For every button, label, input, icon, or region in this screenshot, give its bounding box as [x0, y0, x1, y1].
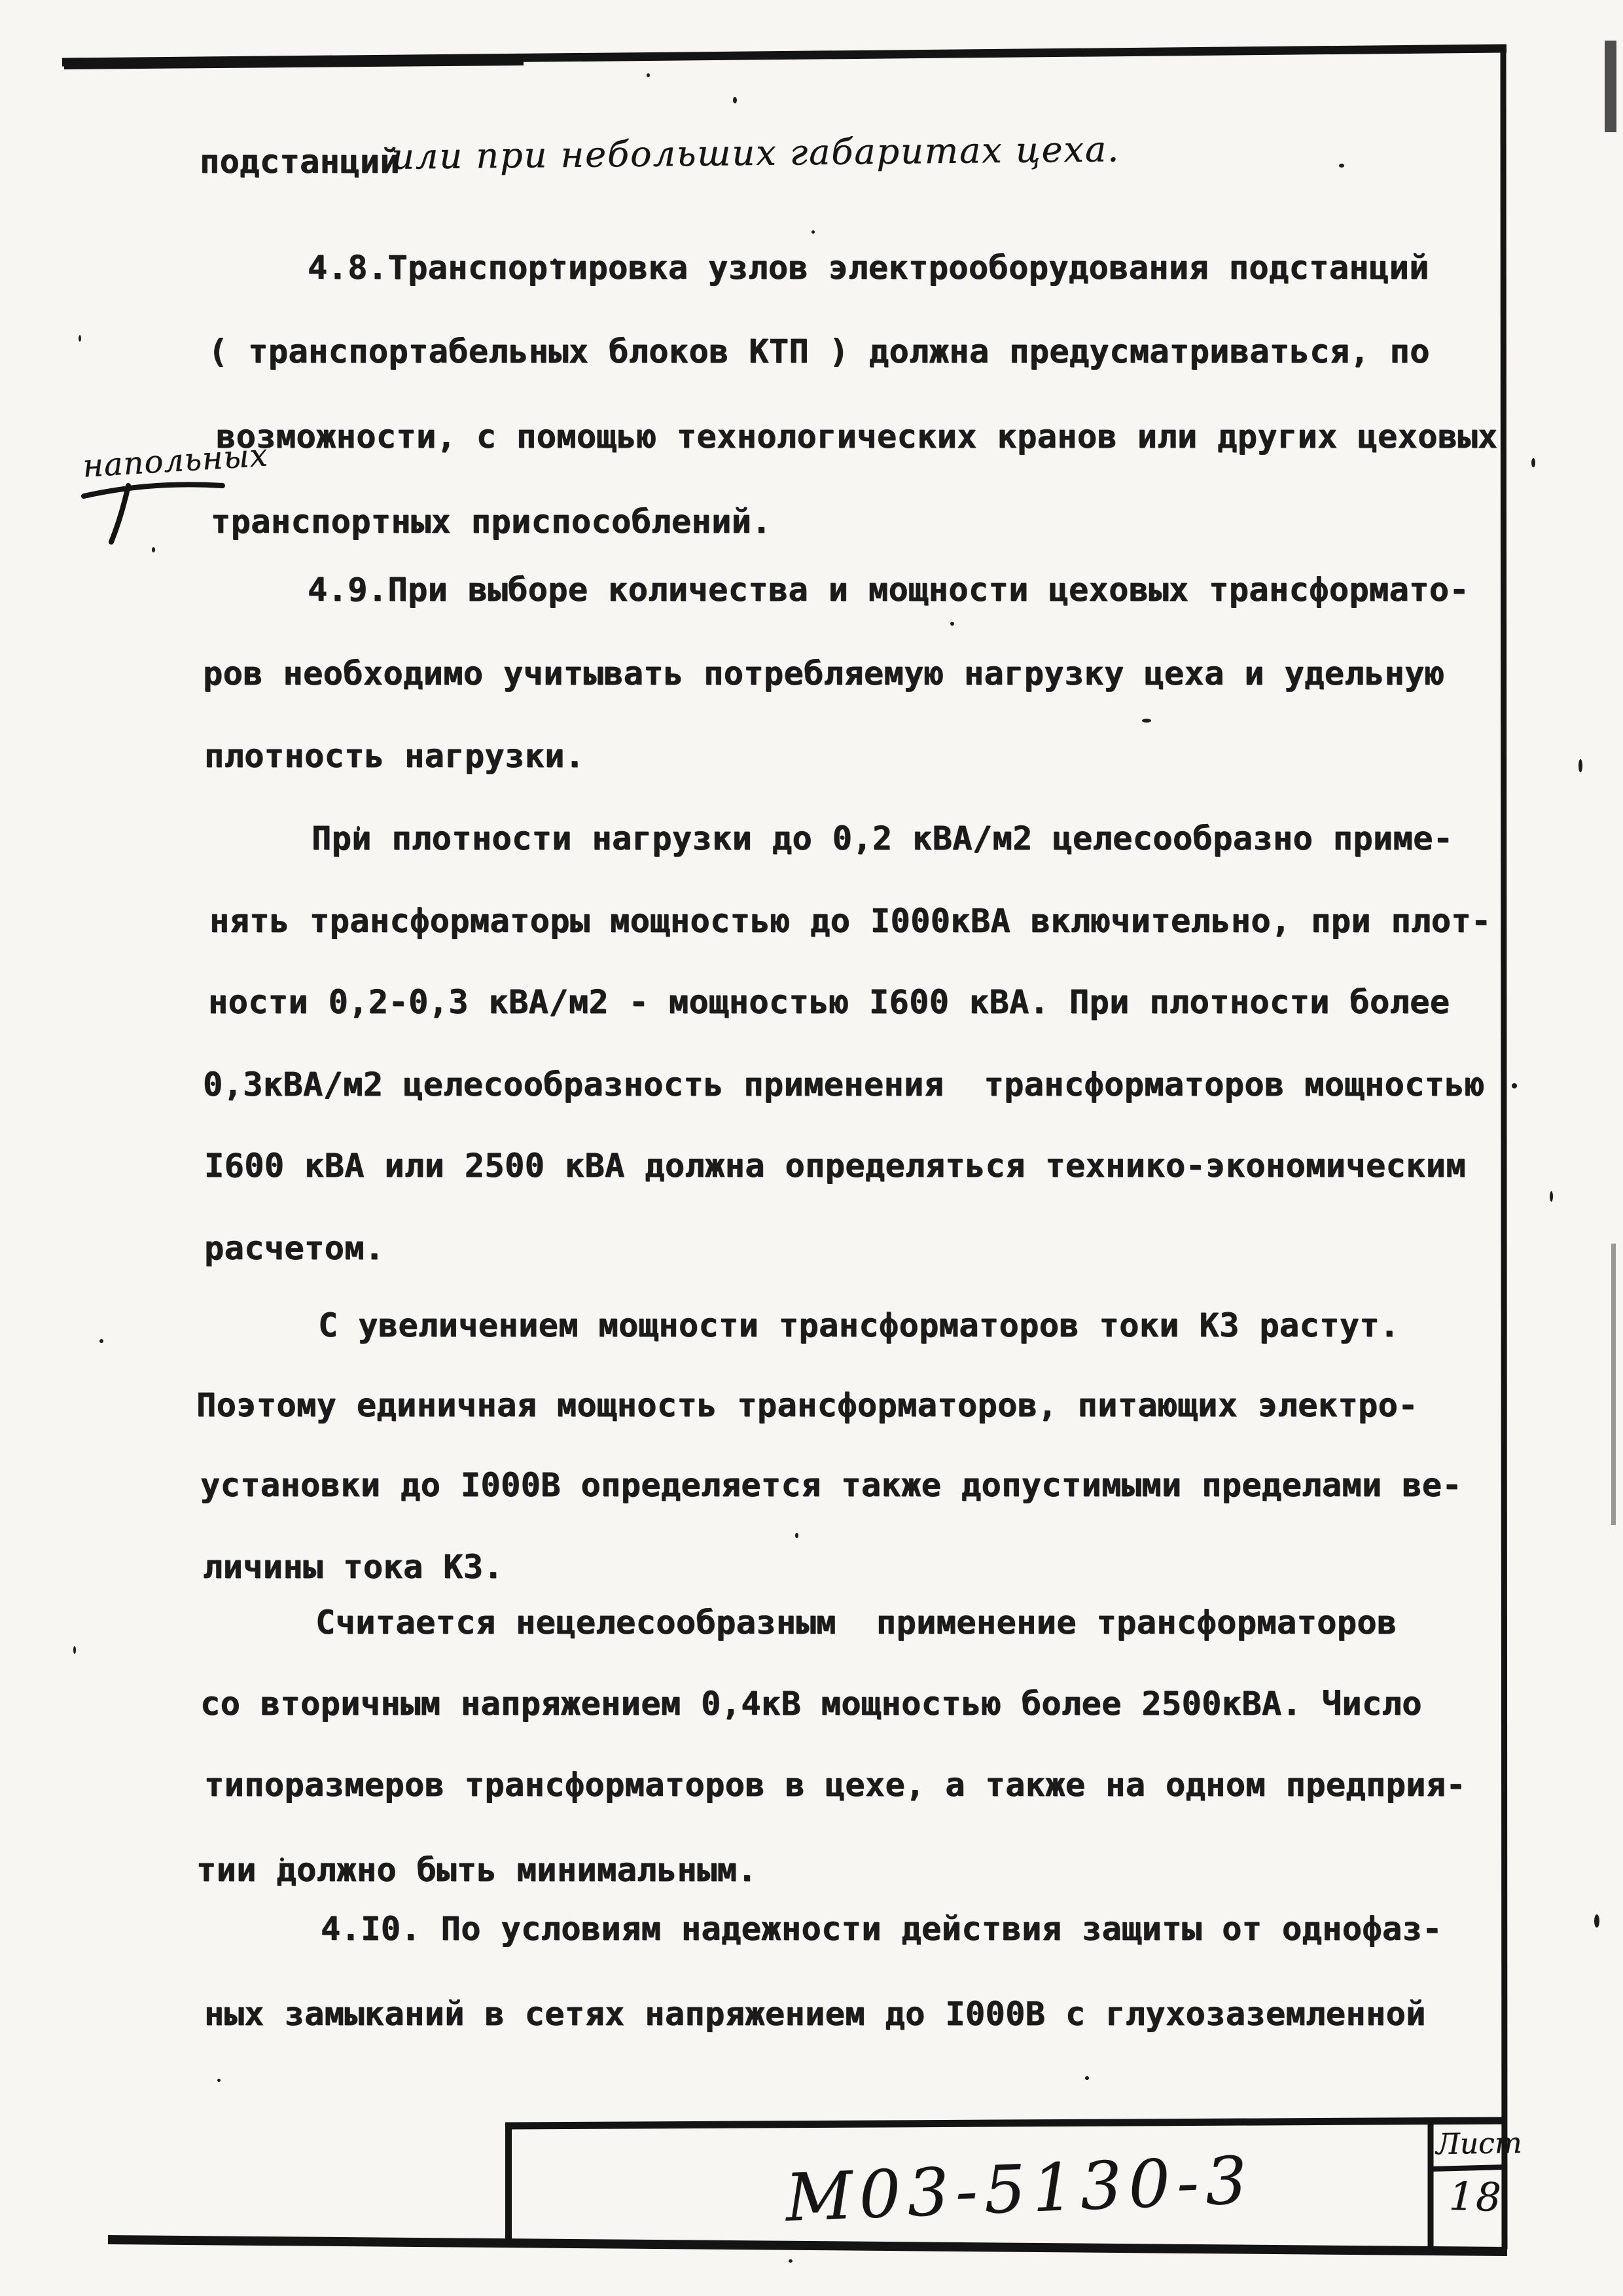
sheet-number: 18	[1448, 2174, 1503, 2221]
typed-line-6: 4.9.При выборе количества и мощности цех…	[308, 571, 1469, 609]
typed-line-10: нять трансформаторы мощностью до I000кВА…	[209, 902, 1491, 940]
scan-speckle	[217, 2079, 221, 2082]
typed-line-2: 4.8.Транспортировка узлов электрооборудо…	[308, 249, 1429, 287]
typed-line-20: со вторичным напряжением 0,4кВ мощностью…	[200, 1685, 1422, 1723]
typed-line-3: ( транспортабельных блоков КТП ) должна …	[208, 332, 1430, 370]
scan-speckle	[99, 1339, 103, 1343]
scan-speckle	[280, 1857, 284, 1861]
scan-speckle	[647, 73, 650, 77]
typed-line-22: тии должно быть минимальным.	[196, 1851, 757, 1889]
typed-line-19: Считается нецелесообразным применение тр…	[315, 1604, 1397, 1641]
typed-line-1: подстанций	[200, 143, 400, 181]
scanned-document-page: подстанций 4.8.Транспортировка узлов эле…	[0, 0, 1623, 2296]
scan-speckle	[789, 2259, 793, 2263]
typed-line-9: При плотности нагрузки до 0,2 кВА/м2 цел…	[312, 819, 1453, 857]
typed-line-4: возможности, с помощью технологических к…	[216, 418, 1498, 456]
scan-speckle	[553, 259, 557, 264]
scan-edge-smudge	[1611, 1244, 1616, 1525]
typed-line-13: I600 кВА или 2500 кВА должна определятьс…	[204, 1147, 1466, 1185]
title-block-document-code: М03-5130-3	[784, 2142, 1255, 2236]
typed-line-23: 4.I0. По условиям надежности действия за…	[321, 1910, 1442, 1948]
scan-speckle	[357, 826, 360, 831]
scan-speckle	[1085, 2076, 1089, 2080]
handwritten-top-note: или при небольших габаритах цеха.	[391, 128, 1120, 177]
scan-speckle	[950, 622, 954, 626]
top-border-line-2	[64, 63, 524, 67]
scan-speckle	[811, 230, 815, 234]
scan-edge-smudge	[1605, 41, 1616, 132]
scan-speckle	[152, 547, 155, 552]
scan-speckle	[79, 335, 81, 342]
scan-speckle	[73, 1646, 76, 1654]
insertion-mark	[84, 484, 223, 496]
title-block-top-line	[505, 2121, 1505, 2126]
typed-line-24: ных замыканий в сетях напряжением до I00…	[204, 1995, 1426, 2033]
typed-line-7: ров необходимо учитывать потребляемую на…	[203, 655, 1444, 692]
typed-line-16: Поэтому единичная мощность трансформатор…	[196, 1386, 1418, 1424]
typed-line-17: установки до I000В определяется также до…	[200, 1466, 1462, 1504]
scan-speckle	[1512, 1083, 1517, 1088]
typed-line-11: ности 0,2-0,3 кВА/м2 - мощностью I600 кВ…	[208, 983, 1450, 1021]
scan-speckle	[795, 1533, 798, 1538]
typed-line-12: 0,3кВА/м2 целесообразность применения тр…	[203, 1066, 1485, 1103]
scan-speckle	[1142, 719, 1151, 723]
typed-line-15: С увеличением мощности трансформаторов т…	[318, 1306, 1400, 1344]
scan-speckle	[1531, 458, 1535, 467]
insertion-mark-stem	[111, 486, 128, 542]
scan-speckle	[878, 1174, 882, 1178]
sheet-label: Лист	[1436, 2126, 1522, 2161]
scan-speckle	[733, 97, 737, 103]
scan-speckle	[1339, 164, 1344, 168]
top-border-line	[62, 48, 1507, 62]
typed-line-18: личины тока КЗ.	[203, 1548, 503, 1586]
handwritten-margin-note: напольных	[82, 437, 269, 484]
typed-line-5: транспортных приспособлений.	[211, 503, 772, 541]
bottom-border-line	[108, 2240, 1507, 2251]
typed-line-14: расчетом.	[204, 1229, 384, 1267]
scan-speckle	[1578, 759, 1582, 772]
typed-line-21: типоразмеров трансформаторов в цехе, а т…	[204, 1766, 1466, 1804]
typed-line-8: плотность нагрузки.	[204, 737, 584, 775]
sheet-cell-underline	[1431, 2167, 1505, 2169]
scan-speckle	[1594, 1914, 1599, 1928]
scan-speckle	[1550, 1191, 1553, 1202]
right-border-line	[1503, 51, 1505, 2249]
